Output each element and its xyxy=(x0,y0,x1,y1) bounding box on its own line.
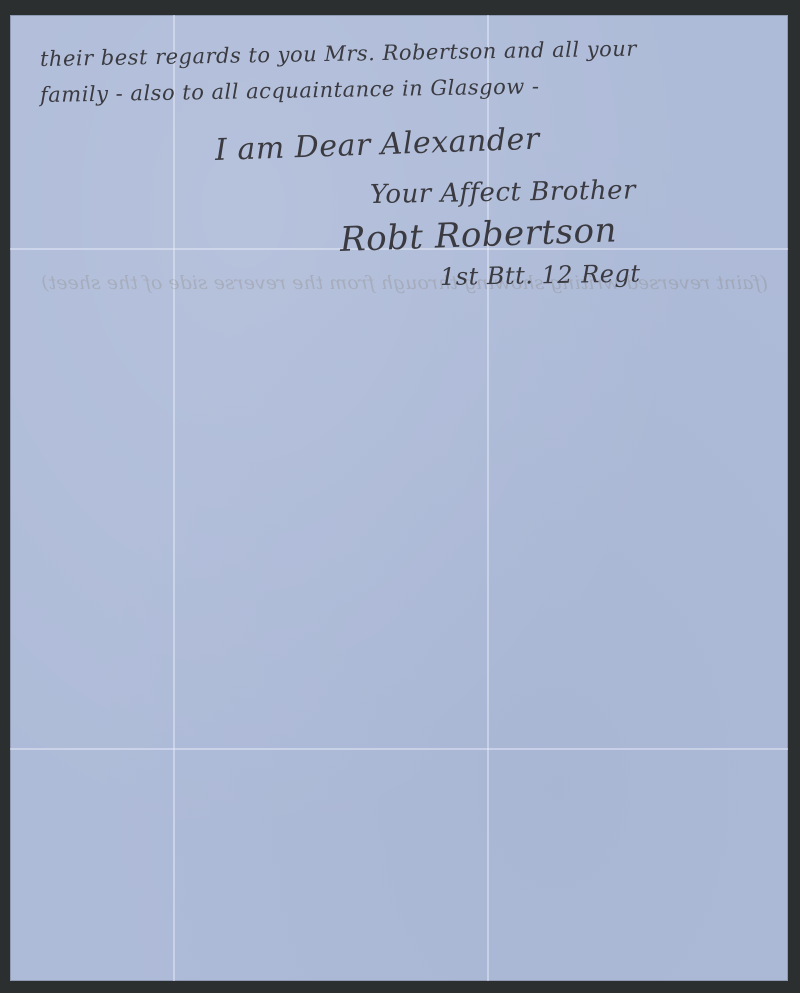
regiment-designation: 1st Btt. 12 Regt xyxy=(440,260,641,291)
signature: Robt Robertson xyxy=(339,210,617,260)
closing-affection: Your Affect Brother xyxy=(370,175,636,210)
closing-salutation: I am Dear Alexander xyxy=(214,122,540,168)
letter-page: (faint reversed writing showing through … xyxy=(10,15,788,981)
letter-line-2: family - also to all acquaintance in Gla… xyxy=(40,74,540,107)
fold-line-horizontal xyxy=(10,748,788,750)
fold-line-vertical xyxy=(487,15,489,981)
bleed-through-text: (faint reversed writing showing through … xyxy=(40,265,768,921)
fold-line-vertical xyxy=(173,15,175,981)
letter-line-1: their best regards to you Mrs. Robertson… xyxy=(40,37,637,71)
